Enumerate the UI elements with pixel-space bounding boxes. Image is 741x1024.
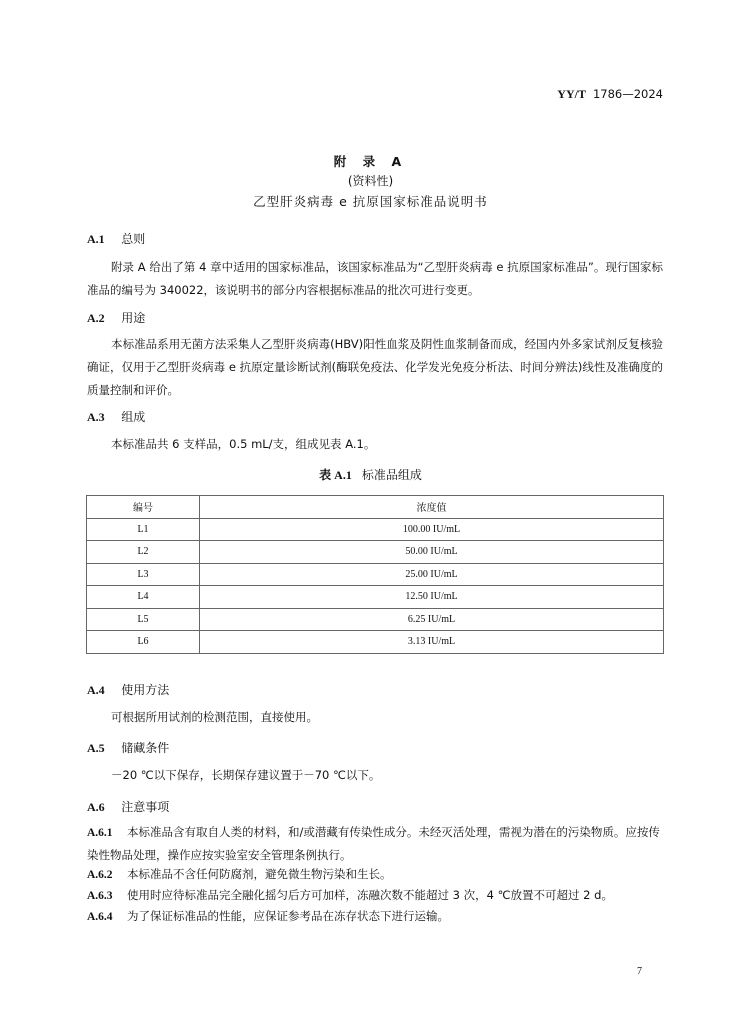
table-caption: 表 A.1标准品组成 <box>0 466 741 483</box>
subclause-a6-3: A.6.3使用时应待标准品完全融化摇匀后方可加样，冻融次数不能超过 3 次，4 … <box>87 885 663 908</box>
section-a1-paragraph: 附录 A 给出了第 4 章中适用的国家标准品，该国家标准品为“乙型肝炎病毒 e … <box>87 256 663 302</box>
section-number: A.4 <box>87 683 117 698</box>
cell-code: L6 <box>87 631 200 654</box>
section-a2-paragraph: 本标准品系用无菌方法采集人乙型肝炎病毒(HBV)阳性血浆及阴性血浆制备而成，经国… <box>87 333 663 402</box>
standard-number: 1786—2024 <box>593 87 663 101</box>
table-row: L2 50.00 IU/mL <box>87 541 664 564</box>
section-number: A.6 <box>87 800 117 815</box>
table-caption-number: 表 A.1 <box>319 468 352 482</box>
section-a5-paragraph: －20 ℃以下保存，长期保存建议置于－70 ℃以下。 <box>87 764 663 787</box>
section-heading-a2: A.2 用途 <box>87 309 145 326</box>
section-label: 组成 <box>121 410 145 424</box>
subclause-a6-2: A.6.2本标准品不含任何防腐剂，避免微生物污染和生长。 <box>87 864 663 887</box>
section-label: 储藏条件 <box>121 741 169 755</box>
cell-concentration: 6.25 IU/mL <box>200 608 664 631</box>
section-heading-a6: A.6 注意事项 <box>87 798 169 815</box>
subclause-a6-1: A.6.1本标准品含有取自人类的材料，和/或潜藏有传染性成分。未经灭活处理，需视… <box>87 822 663 866</box>
section-heading-a3: A.3 组成 <box>87 408 145 425</box>
standard-prefix: YY/T <box>557 87 586 101</box>
table-row: L1 100.00 IU/mL <box>87 518 664 541</box>
cell-concentration: 100.00 IU/mL <box>200 518 664 541</box>
section-number: A.2 <box>87 311 117 326</box>
appendix-heading: 附 录 A <box>0 152 741 170</box>
appendix-title: 乙型肝炎病毒 e 抗原国家标准品说明书 <box>0 192 741 210</box>
subclause-a6-4: A.6.4为了保证标准品的性能，应保证参考品在冻存状态下进行运输。 <box>87 906 663 929</box>
cell-concentration: 50.00 IU/mL <box>200 541 664 564</box>
section-heading-a4: A.4 使用方法 <box>87 681 169 698</box>
cell-concentration: 12.50 IU/mL <box>200 586 664 609</box>
table-row: L6 3.13 IU/mL <box>87 631 664 654</box>
cell-code: L5 <box>87 608 200 631</box>
cell-concentration: 3.13 IU/mL <box>200 631 664 654</box>
cell-concentration: 25.00 IU/mL <box>200 563 664 586</box>
section-heading-a1: A.1 总则 <box>87 230 145 247</box>
section-number: A.3 <box>87 410 117 425</box>
cell-code: L1 <box>87 518 200 541</box>
section-label: 总则 <box>121 232 145 246</box>
standard-id: YY/T 1786—2024 <box>557 87 663 102</box>
section-a3-paragraph: 本标准品共 6 支样品，0.5 mL/支，组成见表 A.1。 <box>87 433 663 456</box>
column-header-code: 编号 <box>87 496 200 519</box>
section-number: A.1 <box>87 232 117 247</box>
section-label: 注意事项 <box>121 800 169 814</box>
section-heading-a5: A.5 储藏条件 <box>87 739 169 756</box>
table-row: L4 12.50 IU/mL <box>87 586 664 609</box>
table-header-row: 编号 浓度值 <box>87 496 664 519</box>
page-number: 7 <box>637 966 642 977</box>
standards-table: 编号 浓度值 L1 100.00 IU/mL L2 50.00 IU/mL L3… <box>86 495 664 654</box>
cell-code: L4 <box>87 586 200 609</box>
appendix-nature: (资料性) <box>0 172 741 189</box>
cell-code: L2 <box>87 541 200 564</box>
table-caption-title: 标准品组成 <box>362 468 422 482</box>
section-label: 使用方法 <box>121 683 169 697</box>
cell-code: L3 <box>87 563 200 586</box>
table-row: L5 6.25 IU/mL <box>87 608 664 631</box>
section-number: A.5 <box>87 741 117 756</box>
section-label: 用途 <box>121 311 145 325</box>
section-a4-paragraph: 可根据所用试剂的检测范围，直接使用。 <box>87 706 663 729</box>
column-header-concentration: 浓度值 <box>200 496 664 519</box>
table-row: L3 25.00 IU/mL <box>87 563 664 586</box>
